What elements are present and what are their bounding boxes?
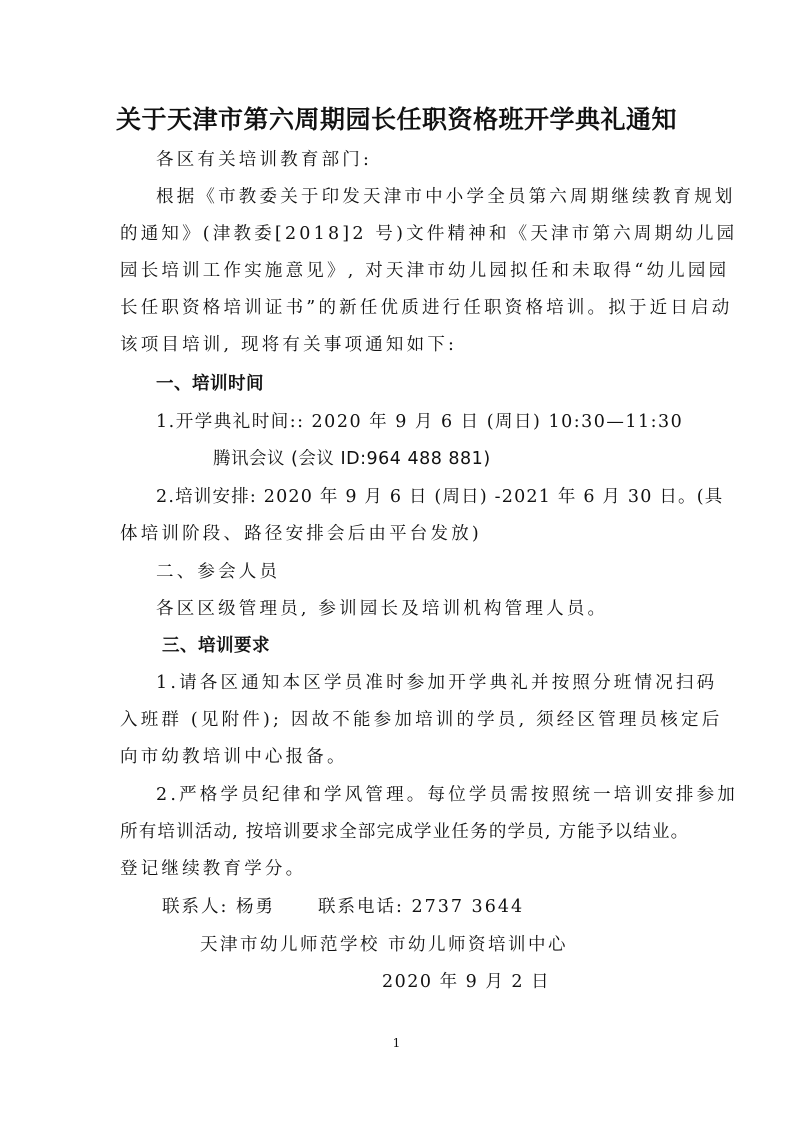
attendees-body: 各区区级管理员, 参训园长及培训机构管理人员。 [156, 595, 608, 620]
intro-line: 的通知》(津教委[2018]2 号)文件精神和《天津市第六周期幼儿园 [120, 220, 737, 245]
intro-line: 园长培训工作实施意见》, 对天津市幼儿园拟任和未取得“幼儿园园 [120, 257, 729, 282]
signature-date: 2020 年 9 月 2 日 [382, 968, 550, 993]
requirement-line: 1.请各区通知本区学员准时参加开学典礼并按照分班情况扫码 [156, 669, 717, 694]
page-number: 1 [0, 1036, 793, 1050]
requirement-line: 所有培训活动, 按培训要求全部完成学业任务的学员, 方能予以结业。 [120, 818, 689, 843]
requirement-line: 向市幼教培训中心报备。 [120, 743, 348, 768]
contact-person: 联系人: 杨勇 [162, 893, 275, 918]
meeting-info: 腾讯会议 (会议 ID:964 488 881) [213, 445, 491, 470]
section-heading-attendees: 二、参会人员 [156, 558, 280, 583]
intro-line: 该项目培训, 现将有关事项通知如下: [120, 331, 457, 356]
opening-ceremony-time: 1.开学典礼时间:: 2020 年 9 月 6 日 (周日) 10:30—11:… [156, 408, 683, 433]
training-schedule-line: 体培训阶段、路径安排会后由平台发放) [120, 520, 482, 545]
signature-organizations: 天津市幼儿师范学校 市幼儿师资培训中心 [200, 931, 568, 956]
document-title: 关于天津市第六周期园长任职资格班开学典礼通知 [0, 100, 793, 136]
requirement-line: 2.严格学员纪律和学风管理。每位学员需按照统一培训安排参加 [156, 781, 738, 806]
section-heading-time: 一、培训时间 [156, 370, 264, 395]
requirement-line: 入班群 (见附件); 因故不能参加培训的学员, 须经区管理员核定后 [120, 706, 722, 731]
contact-phone: 联系电话: 2737 3644 [318, 893, 524, 918]
section-heading-requirements: 三、培训要求 [162, 632, 270, 657]
training-schedule-line: 2.培训安排: 2020 年 9 月 6 日 (周日) -2021 年 6 月 … [156, 483, 723, 508]
requirement-line: 登记继续教育学分。 [120, 855, 306, 880]
intro-line: 长任职资格培训证书”的新任优质进行任职资格培训。拟于近日启动 [120, 294, 732, 319]
salutation: 各区有关培训教育部门: [156, 146, 372, 171]
intro-line: 根据《市教委关于印发天津市中小学全员第六周期继续教育规划 [156, 183, 736, 208]
